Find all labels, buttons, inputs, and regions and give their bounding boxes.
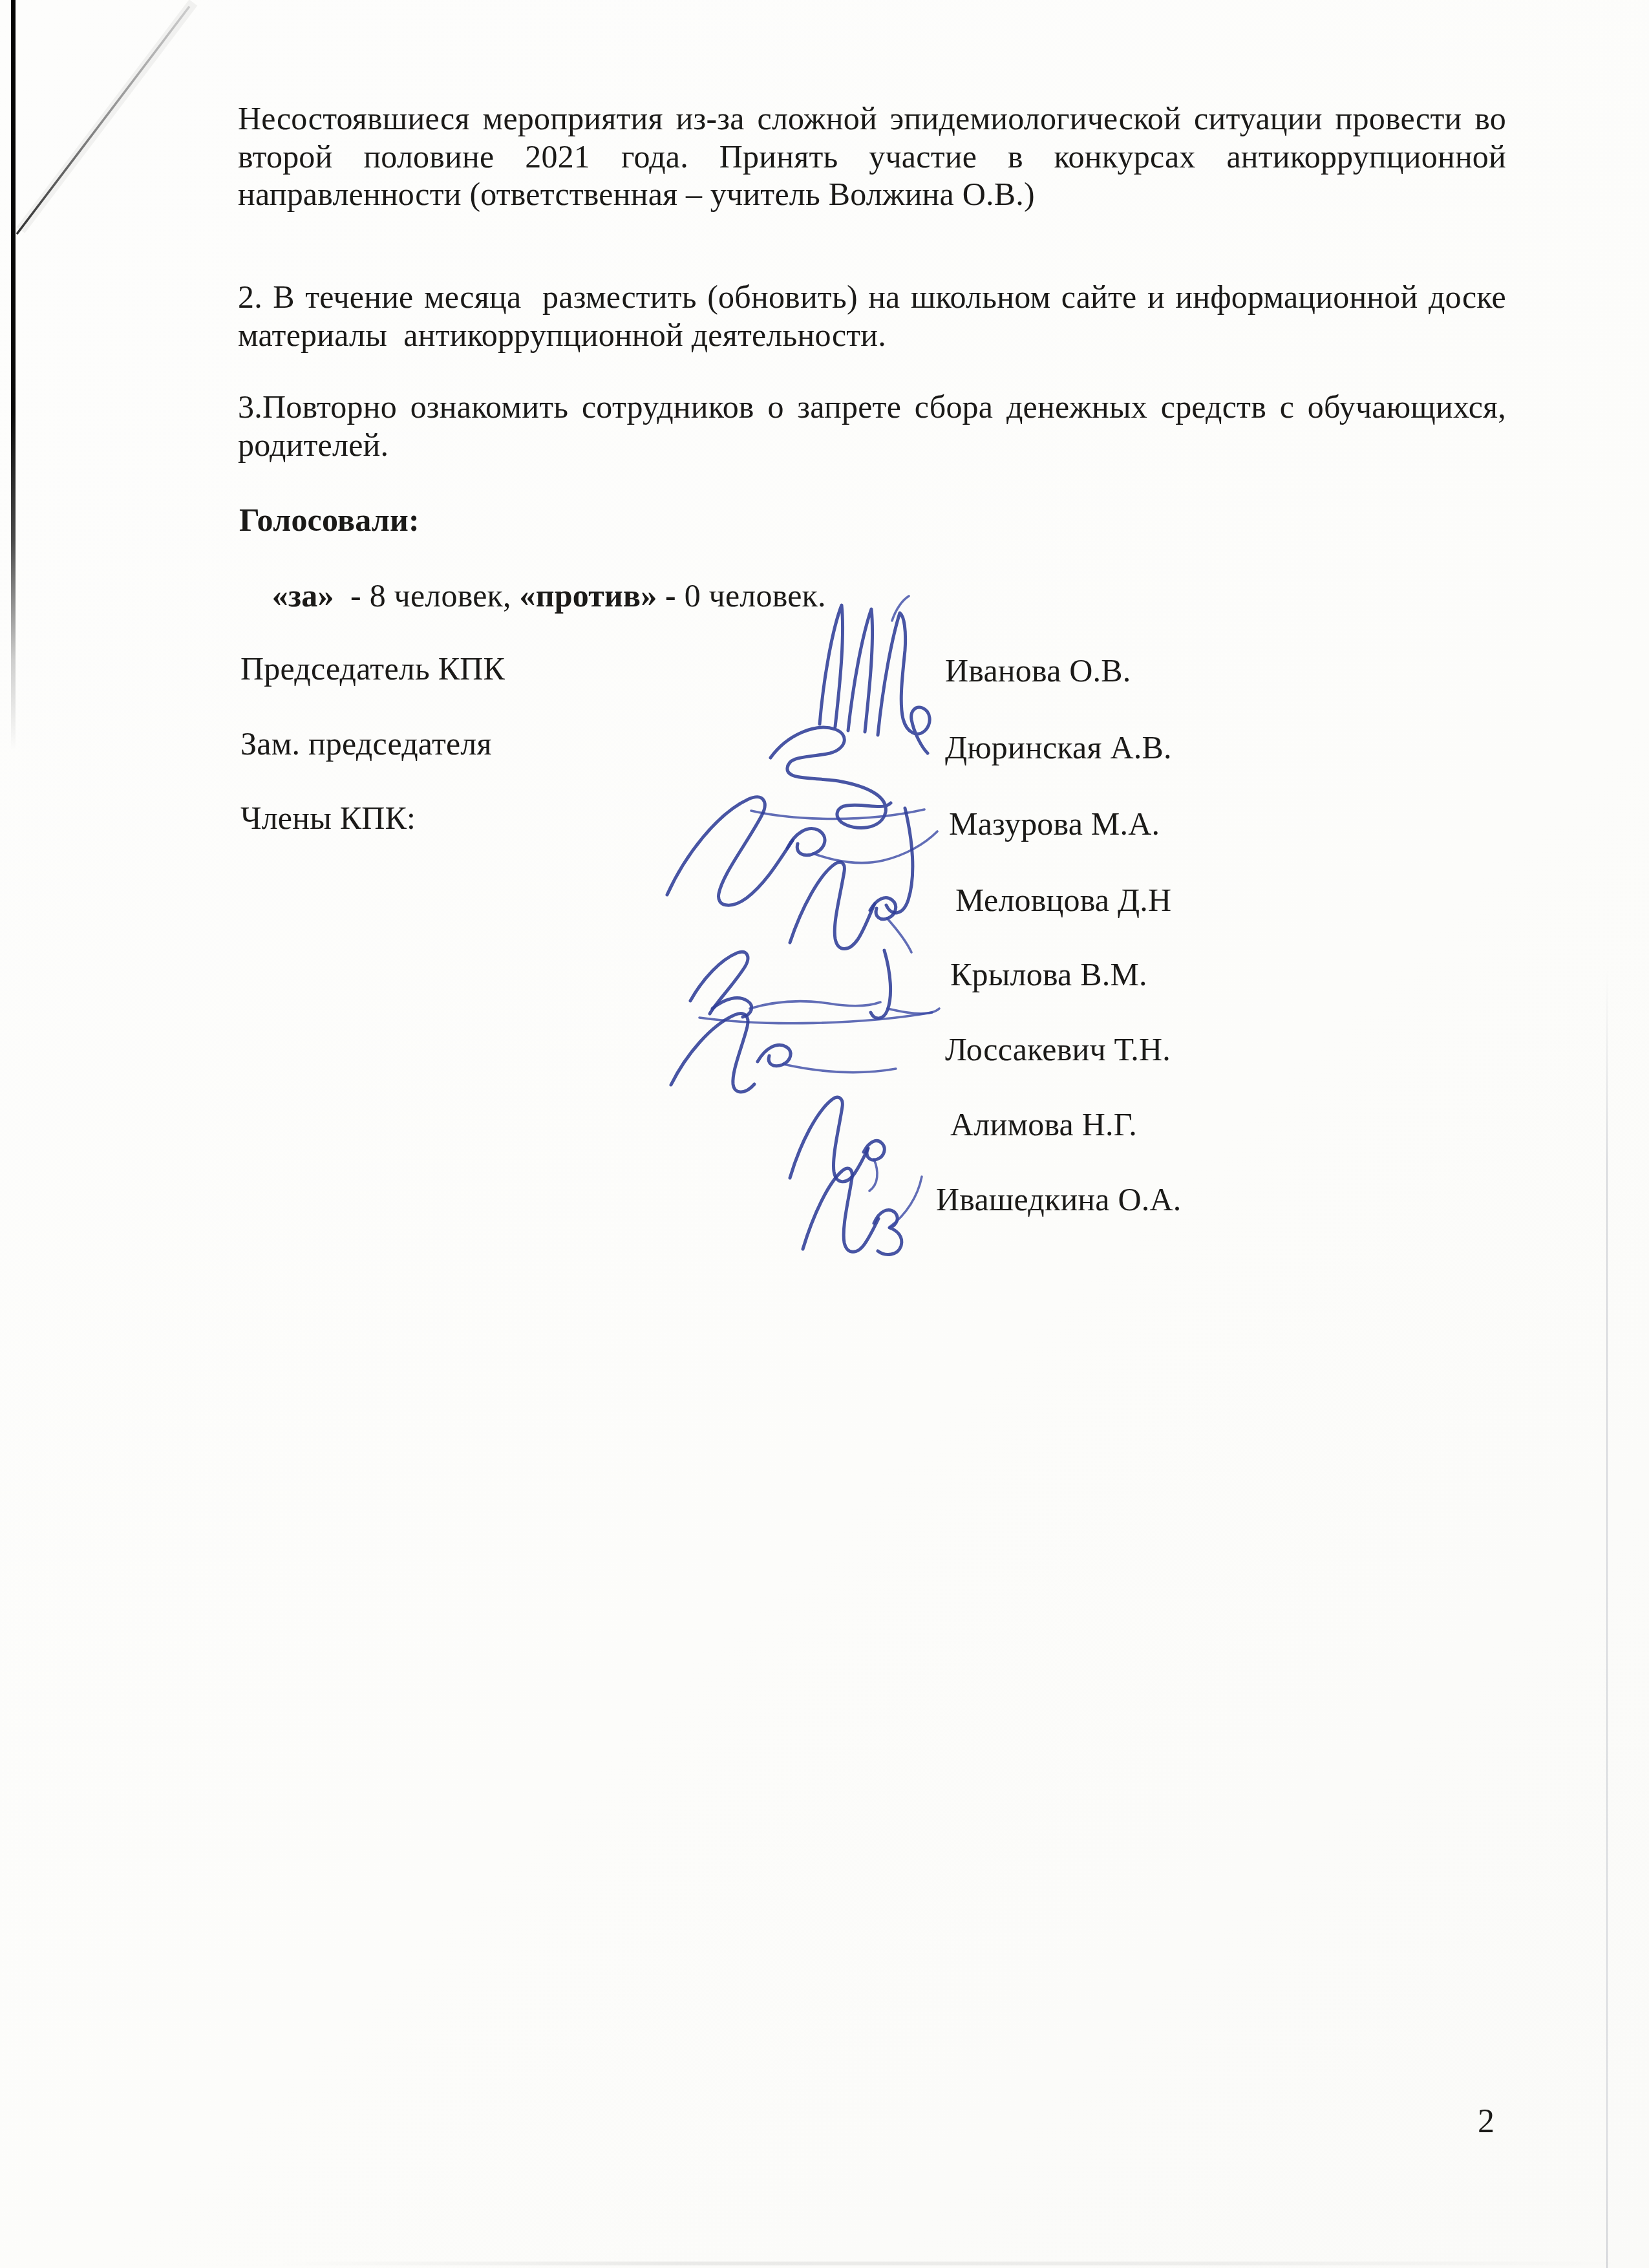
signature-ivashedkina (803, 1168, 922, 1254)
signature-melovtsova (790, 862, 911, 952)
signature-lossakevich (671, 1014, 896, 1092)
signature-krylova (690, 950, 939, 1023)
scan-artifact-corner-fold (17, 3, 193, 234)
scanned-document-page: Несостоявшиеся мероприятия из-за сложной… (0, 0, 1649, 2268)
signature-dyurinskaya (751, 727, 924, 828)
page-number: 2 (1478, 2102, 1495, 2141)
ink-overlay (0, 0, 1649, 2268)
